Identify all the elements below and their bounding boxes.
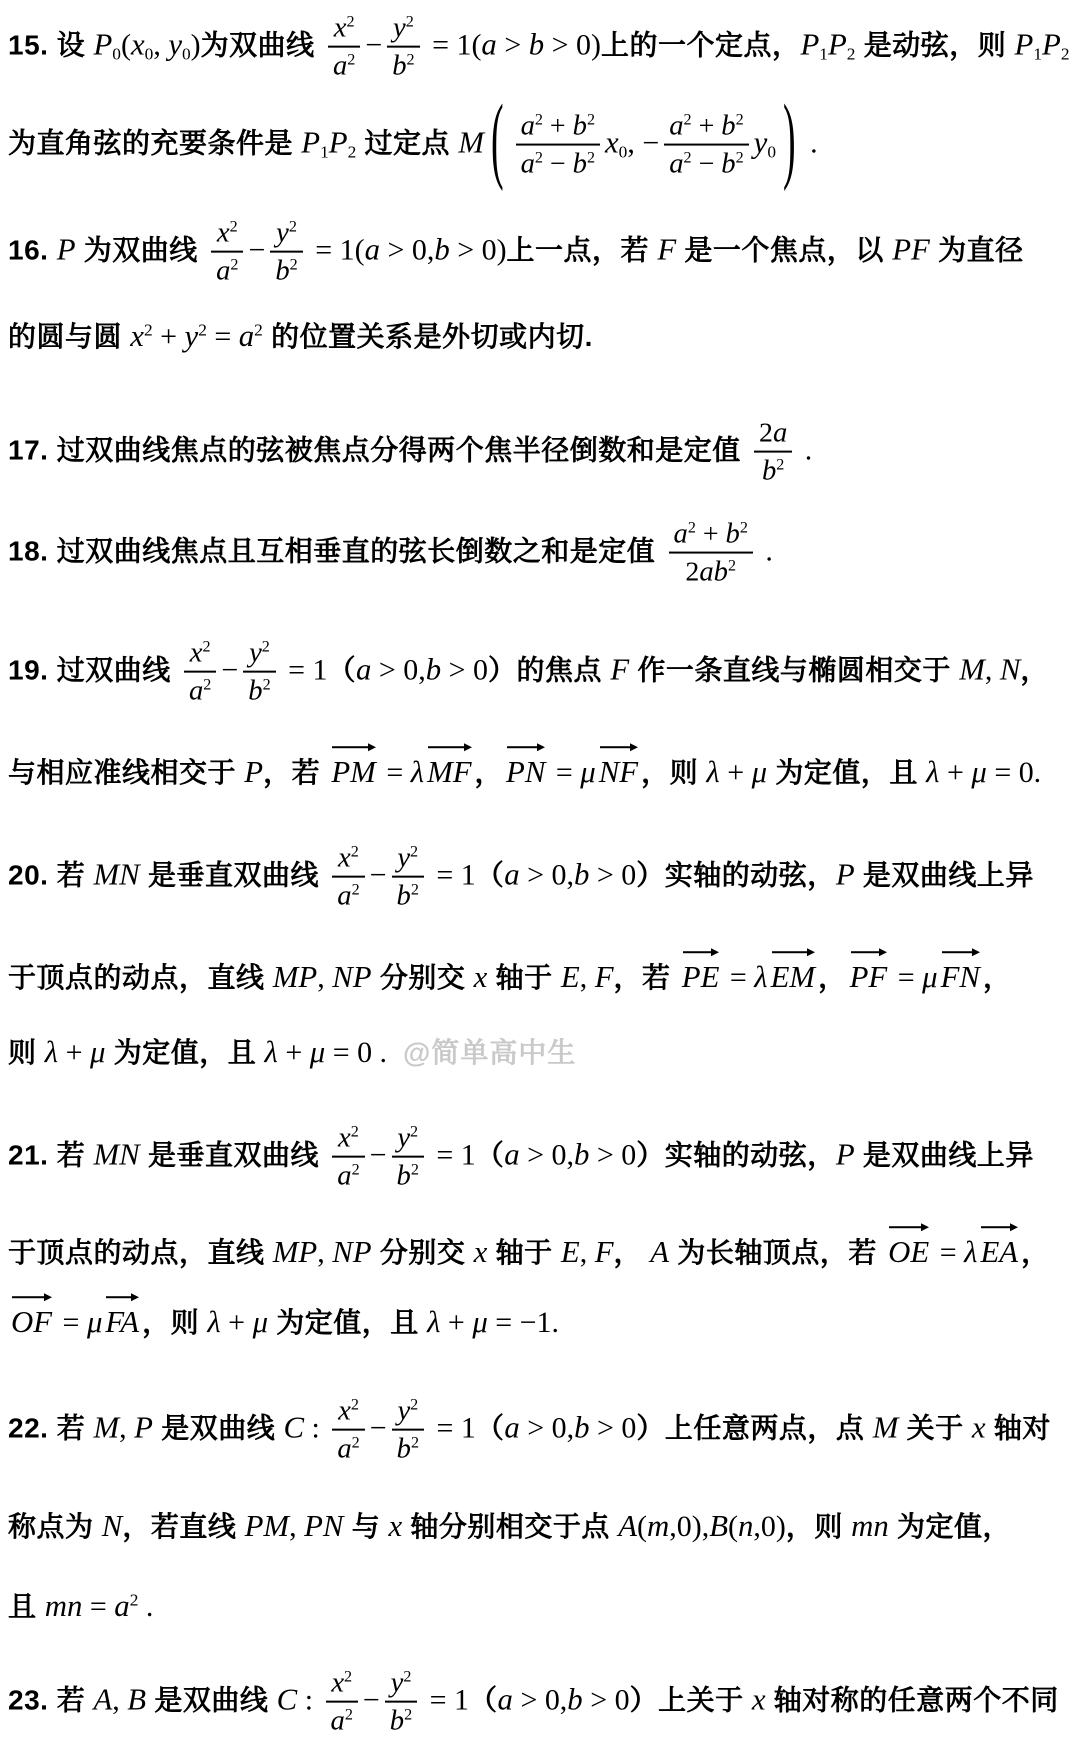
text-run: 18. 过双曲线焦点且互相垂直的弦长倒数之和是定值 — [8, 535, 664, 566]
math-variable: λ — [265, 1035, 278, 1069]
math-variable: y — [276, 217, 289, 249]
math-variable: b — [397, 1433, 411, 1465]
math-text: = — [890, 961, 922, 994]
math-variable: b — [567, 1682, 582, 1716]
big-paren: ( — [491, 76, 504, 206]
problem-17-line-1: 17. 过双曲线焦点的弦被焦点分得两个焦半径倒数和是定值 2ab2 . — [8, 415, 812, 490]
vector-arrow-icon — [428, 746, 468, 748]
math-text: > 0 — [589, 1138, 636, 1171]
math-variable: M — [93, 1410, 119, 1444]
text-run: 15. 设 — [8, 29, 93, 60]
fraction-denominator: 2ab2 — [669, 554, 753, 590]
math-text: = 1 — [429, 858, 476, 891]
math-variable: MN — [93, 1137, 139, 1171]
math-variable: y — [391, 1667, 404, 1699]
fraction: a2 + b2a2 − b2 — [664, 108, 748, 183]
math-variable: C — [284, 1410, 305, 1444]
math-text: > 0, — [371, 653, 425, 686]
math-variable: E — [561, 1235, 580, 1269]
math-text: + — [543, 111, 573, 142]
math-variable: P — [1042, 27, 1061, 61]
text-run: ， — [1021, 1237, 1050, 1268]
fraction-numerator: y2 — [387, 10, 419, 48]
superscript: 2 — [345, 1707, 353, 1724]
fraction-denominator: a2 — [326, 1703, 358, 1739]
text-run: 是双曲线上异 — [855, 1139, 1034, 1170]
text-run: （ — [476, 859, 505, 890]
text-run: ， — [818, 962, 847, 993]
math-variable: x — [130, 319, 144, 353]
math-text: = — [55, 1306, 87, 1339]
math-text: > 0 — [583, 1683, 630, 1716]
superscript: 2 — [535, 150, 543, 167]
text-run: 是一个焦点，以 — [676, 234, 892, 265]
text-run: 23. 若 — [8, 1684, 93, 1715]
math-variable: b — [762, 455, 776, 487]
math-text: > 0, — [513, 1683, 567, 1716]
math-variable: MP — [273, 960, 317, 994]
math-text: = 1 — [281, 653, 328, 686]
math-variable: x — [605, 125, 619, 159]
math-text: > 0 — [441, 653, 488, 686]
fraction-numerator: x2 — [328, 10, 360, 48]
problem-16-line-2: 的圆与圆 x2 + y2 = a2 的位置关系是外切或内切. — [8, 316, 593, 358]
text-run: （ — [476, 1139, 505, 1170]
vector-letters: FA — [105, 1305, 139, 1339]
fraction-denominator: b2 — [385, 1703, 417, 1739]
math-variable: b — [574, 1410, 589, 1444]
fraction: x2a2 — [332, 1393, 364, 1468]
math-text: , — [317, 1236, 332, 1269]
superscript: 2 — [290, 257, 298, 274]
text-run: 是垂直双曲线 — [140, 1139, 328, 1170]
math-text: = — [82, 1590, 114, 1623]
superscript: 2 — [230, 257, 238, 274]
fraction: a2 + b2a2 − b2 — [516, 108, 600, 183]
superscript: 2 — [684, 150, 692, 167]
text-run: ）上关于 — [630, 1684, 752, 1715]
math-variable: y — [397, 1395, 410, 1427]
math-variable: μ — [90, 1035, 105, 1069]
math-variable: a — [674, 518, 688, 550]
math-variable: MP — [273, 1235, 317, 1269]
text-run: 是垂直双曲线 — [140, 859, 328, 890]
vector-EA: EA — [980, 1230, 1018, 1274]
problem-22-line-2: 称点为 N，若直线 PM, PN 与 x 轴分别相交于点 A(m,0),B(n,… — [8, 1506, 1011, 1548]
problem-20-line-3: 则 λ + μ 为定值，且 λ + μ = 0 .@简单高中生 — [8, 1032, 576, 1074]
math-variable: λ — [427, 1305, 440, 1339]
math-variable: A — [618, 1509, 637, 1543]
vector-EM: EM — [771, 955, 815, 999]
math-variable: b — [573, 148, 587, 180]
superscript: 2 — [198, 320, 207, 339]
math-text: − — [692, 149, 722, 180]
fraction-denominator: a2 — [332, 1431, 364, 1467]
superscript: 2 — [263, 677, 271, 694]
math-variable: x — [217, 217, 230, 249]
math-text: ,0), — [669, 1510, 709, 1543]
math-variable: x — [334, 12, 347, 44]
math-text: > 0) — [450, 233, 507, 266]
math-variable: b — [397, 880, 411, 912]
superscript: 2 — [736, 150, 744, 167]
fraction-numerator: y2 — [270, 215, 302, 253]
vector-arrow-icon — [507, 746, 542, 748]
text-run: 轴于 — [487, 962, 561, 993]
math-text: , — [289, 1510, 304, 1543]
math-variable: λ — [926, 755, 939, 789]
fraction-numerator: a2 + b2 — [669, 516, 753, 554]
math-variable: n — [738, 1509, 753, 1543]
vector-arrow-icon — [600, 746, 635, 748]
superscript: 2 — [728, 558, 736, 575]
math-variable: F — [595, 1235, 614, 1269]
math-variable: PF — [892, 232, 930, 266]
vector-letters: OE — [888, 1235, 929, 1269]
fraction: y2b2 — [392, 840, 424, 915]
math-variable: y — [393, 12, 406, 44]
math-variable: b — [574, 857, 589, 891]
superscript: 2 — [347, 52, 355, 69]
vector-FA: FA — [105, 1300, 139, 1344]
math-variable: M — [873, 1410, 899, 1444]
fraction-denominator: a2 − b2 — [516, 146, 600, 182]
math-text: ) — [191, 28, 201, 61]
math-text: − — [248, 233, 265, 266]
text-run: （ — [476, 1412, 505, 1443]
fraction-numerator: y2 — [392, 840, 424, 878]
vector-NF: NF — [599, 750, 638, 794]
superscript: 2 — [411, 1435, 419, 1452]
text-run: （ — [469, 1684, 498, 1715]
text-run: ，则 — [142, 1307, 207, 1338]
vector-MF: MF — [427, 750, 471, 794]
math-text: = — [722, 961, 754, 994]
math-variable: P — [836, 857, 855, 891]
vector-arrow-icon — [106, 1296, 136, 1298]
vector-arrow-icon — [332, 746, 372, 748]
math-variable: a — [365, 232, 380, 266]
text-run: 的圆与圆 — [8, 321, 130, 352]
math-variable: P — [800, 27, 819, 61]
vector-letters: PM — [331, 755, 375, 789]
vector-OF: OF — [11, 1300, 52, 1344]
math-variable: a — [239, 319, 254, 353]
fraction: y2b2 — [392, 1393, 424, 1468]
subscript: 0 — [767, 142, 776, 161]
math-variable: λ — [964, 1235, 977, 1269]
math-variable: a — [521, 110, 535, 142]
math-text: . — [138, 1590, 153, 1623]
math-variable: b — [390, 1705, 404, 1737]
math-text: + — [720, 756, 752, 789]
superscript: 2 — [203, 677, 211, 694]
subscript: 0 — [182, 44, 191, 63]
math-variable: λ — [706, 755, 719, 789]
fraction-denominator: b2 — [392, 878, 424, 914]
text-run: 轴于 — [487, 1237, 561, 1268]
vector-letters: EM — [771, 960, 815, 994]
subscript: 1 — [320, 142, 329, 161]
fraction: y2b2 — [243, 635, 275, 710]
text-run: 于顶点的动点，直线 — [8, 962, 273, 993]
math-variable: F — [657, 232, 676, 266]
superscript: 2 — [344, 1669, 352, 1686]
fraction-denominator: a2 — [332, 1158, 364, 1194]
superscript: 2 — [411, 882, 419, 899]
math-text: > — [497, 28, 529, 61]
math-variable: PM — [245, 1509, 289, 1543]
problem-15-line-1: 15. 设 P0(x0, y0)为双曲线 x2a2−y2b2 = 1(a > b… — [8, 10, 1070, 85]
math-variable: a — [504, 857, 519, 891]
superscript: 2 — [254, 320, 263, 339]
math-text: , — [112, 1683, 127, 1716]
math-variable: μ — [922, 960, 937, 994]
fraction-numerator: x2 — [332, 840, 364, 878]
math-text: = — [207, 320, 239, 353]
math-variable: B — [127, 1682, 146, 1716]
math-text: − — [543, 149, 573, 180]
math-variable: a — [337, 1160, 351, 1192]
text-run: 17. 过双曲线焦点的弦被焦点分得两个焦半径倒数和是定值 — [8, 434, 749, 465]
fraction-denominator: a2 — [328, 48, 360, 84]
vector-letters: PF — [850, 960, 888, 994]
math-text: . — [803, 126, 818, 159]
math-variable: F — [610, 652, 629, 686]
superscript: 2 — [262, 639, 270, 656]
math-text: , — [580, 961, 595, 994]
math-variable: x — [388, 1509, 402, 1543]
fraction-denominator: b2 — [754, 453, 792, 489]
math-text: , − — [627, 126, 659, 159]
math-variable: NP — [332, 960, 371, 994]
superscript: 2 — [352, 1162, 360, 1179]
math-variable: μ — [253, 1305, 268, 1339]
problem-22-line-3: 且 mn = a2 . — [8, 1586, 153, 1628]
text-run: 轴分别相交于点 — [402, 1511, 618, 1542]
vector-letters: MF — [427, 755, 471, 789]
superscript: 2 — [404, 1707, 412, 1724]
math-variable: a — [189, 675, 203, 707]
math-text: + — [278, 1036, 310, 1069]
math-variable: b — [529, 27, 544, 61]
vector-arrow-icon — [981, 1226, 1015, 1228]
fraction: x2a2 — [211, 215, 243, 290]
math-variable: a — [337, 880, 351, 912]
vector-arrow-icon — [889, 1226, 926, 1228]
math-variable: x — [131, 27, 145, 61]
vector-arrow-icon — [772, 951, 812, 953]
subscript: 2 — [1061, 44, 1070, 63]
math-variable: NP — [332, 1235, 371, 1269]
subscript: 2 — [348, 142, 357, 161]
math-variable: P — [134, 1410, 153, 1444]
fraction-numerator: x2 — [332, 1120, 364, 1158]
superscript: 2 — [351, 1397, 359, 1414]
superscript: 2 — [351, 1124, 359, 1141]
math-variable: MN — [93, 857, 139, 891]
text-run: 的位置关系是外切或内切. — [263, 321, 593, 352]
math-text: = — [932, 1236, 964, 1269]
fraction-numerator: x2 — [184, 635, 216, 673]
math-text: : — [297, 1683, 320, 1716]
math-variable: μ — [310, 1035, 325, 1069]
superscript: 2 — [688, 520, 696, 537]
math-text: + — [692, 111, 722, 142]
vector-FN: FN — [941, 955, 980, 999]
fraction-numerator: x2 — [326, 1665, 358, 1703]
math-text: > 0, — [520, 1138, 574, 1171]
vector-PM: PM — [331, 750, 375, 794]
superscript: 2 — [535, 112, 543, 129]
text-run: ， — [983, 962, 1012, 993]
text-run: 21. 若 — [8, 1139, 93, 1170]
math-variable: PN — [304, 1509, 343, 1543]
fraction-numerator: y2 — [392, 1393, 424, 1431]
math-text: > 0, — [380, 233, 434, 266]
watermark: @简单高中生 — [403, 1037, 576, 1068]
math-variable: b — [726, 518, 740, 550]
fraction-denominator: b2 — [243, 673, 275, 709]
math-variable: x — [338, 1122, 351, 1154]
math-text: , — [317, 961, 332, 994]
text-run: 上一点，若 — [507, 234, 658, 265]
superscript: 2 — [406, 14, 414, 31]
vector-arrow-icon — [683, 951, 717, 953]
text-run: 为直径 — [930, 234, 1024, 265]
math-variable: B — [709, 1509, 728, 1543]
math-variable: x — [331, 1667, 344, 1699]
math-text: = 0. — [987, 756, 1041, 789]
problem-15-line-2: 为直角弦的充要条件是 P1P2 过定点 M(a2 + b2a2 − b2x0, … — [8, 108, 818, 183]
fraction: x2a2 — [326, 1665, 358, 1740]
vector-arrow-icon — [942, 951, 977, 953]
math-variable: a — [216, 255, 230, 287]
text-run: 轴对称的任意两个不同 — [766, 1684, 1059, 1715]
subscript: 1 — [1033, 44, 1042, 63]
vector-letters: EA — [980, 1235, 1018, 1269]
fraction: y2b2 — [270, 215, 302, 290]
math-variable: P — [1015, 27, 1034, 61]
math-variable: a — [356, 652, 371, 686]
math-text: + — [440, 1306, 472, 1339]
math-text: − — [370, 858, 387, 891]
math-variable: P — [329, 125, 348, 159]
math-variable: P — [828, 27, 847, 61]
fraction: x2a2 — [184, 635, 216, 710]
math-variable: a — [331, 1705, 345, 1737]
math-variable: b — [397, 1160, 411, 1192]
math-variable: x — [474, 1235, 488, 1269]
math-text: > 0 — [589, 858, 636, 891]
math-variable: μ — [472, 1305, 487, 1339]
math-text: . — [758, 534, 773, 567]
math-variable: y — [397, 1122, 410, 1154]
fraction: y2b2 — [392, 1120, 424, 1195]
math-document: 15. 设 P0(x0, y0)为双曲线 x2a2−y2b2 = 1(a > b… — [0, 0, 1080, 1749]
superscript: 2 — [352, 882, 360, 899]
text-run: ，若 — [614, 962, 679, 993]
math-text: = — [379, 756, 411, 789]
text-run: ）上任意两点，点 — [636, 1412, 872, 1443]
math-text: = 1 — [422, 1683, 469, 1716]
vector-PF: PF — [850, 955, 888, 999]
math-variable: b — [426, 652, 441, 686]
text-run: 与 — [343, 1511, 388, 1542]
math-variable: y — [168, 27, 182, 61]
superscript: 2 — [352, 1435, 360, 1452]
text-run: 16. — [8, 234, 57, 265]
math-text: = 1( — [425, 28, 482, 61]
math-text: − — [370, 1411, 387, 1444]
text-run: 19. 过双曲线 — [8, 654, 179, 685]
fraction-numerator: a2 + b2 — [516, 108, 600, 146]
text-run: ， — [1020, 654, 1049, 685]
superscript: 2 — [346, 14, 354, 31]
math-text: + — [153, 320, 185, 353]
text-run: 为长轴顶点，若 — [669, 1237, 885, 1268]
math-variable: A — [650, 1235, 669, 1269]
text-run: 作一条直线与椭圆相交于 — [629, 654, 959, 685]
math-text: = −1. — [488, 1306, 559, 1339]
fraction-numerator: x2 — [332, 1393, 364, 1431]
text-run: 称点为 — [8, 1511, 102, 1542]
fraction-denominator: a2 — [184, 673, 216, 709]
text-run: 与相应准线相交于 — [8, 757, 244, 788]
text-run: ，则 — [641, 757, 706, 788]
problem-20-line-1: 20. 若 MN 是垂直双曲线 x2a2−y2b2 = 1（a > 0,b > … — [8, 840, 1034, 915]
math-variable: a — [669, 148, 683, 180]
math-variable: m — [647, 1509, 669, 1543]
text-run: 且 — [8, 1591, 45, 1622]
math-variable: x — [474, 960, 488, 994]
superscript: 2 — [684, 112, 692, 129]
superscript: 2 — [587, 150, 595, 167]
vector-PN: PN — [506, 750, 545, 794]
math-variable: b — [721, 148, 735, 180]
fraction-numerator: y2 — [392, 1120, 424, 1158]
math-text: ,0) — [753, 1510, 785, 1543]
text-run: 为双曲线 — [201, 29, 323, 60]
fraction-denominator: a2 — [211, 253, 243, 289]
math-variable: λ — [754, 960, 767, 994]
fraction-denominator: b2 — [387, 48, 419, 84]
math-text: > 0) — [544, 28, 601, 61]
math-variable: a — [333, 50, 347, 82]
problem-23-line-1: 23. 若 A, B 是双曲线 C : x2a2−y2b2 = 1（a > 0,… — [8, 1665, 1059, 1740]
math-variable: b — [721, 110, 735, 142]
text-run: 是动弦，则 — [855, 29, 1014, 60]
math-variable: a — [504, 1137, 519, 1171]
fraction-numerator: a2 + b2 — [664, 108, 748, 146]
text-run: ，若直线 — [122, 1511, 244, 1542]
math-variable: x — [752, 1682, 766, 1716]
math-text: = 1 — [429, 1411, 476, 1444]
math-variable: b — [248, 675, 262, 707]
text-run: 为定值， — [889, 1511, 1011, 1542]
fraction: 2ab2 — [754, 415, 792, 490]
math-variable: y — [185, 319, 199, 353]
math-variable: x — [338, 842, 351, 874]
math-variable: a — [481, 27, 496, 61]
fraction: x2a2 — [328, 10, 360, 85]
math-variable: b — [574, 1137, 589, 1171]
math-variable: μ — [87, 1305, 102, 1339]
superscript: 2 — [144, 320, 153, 339]
vector-letters: PE — [682, 960, 720, 994]
fraction-denominator: a2 — [332, 878, 364, 914]
math-text: = 1 — [429, 1138, 476, 1171]
